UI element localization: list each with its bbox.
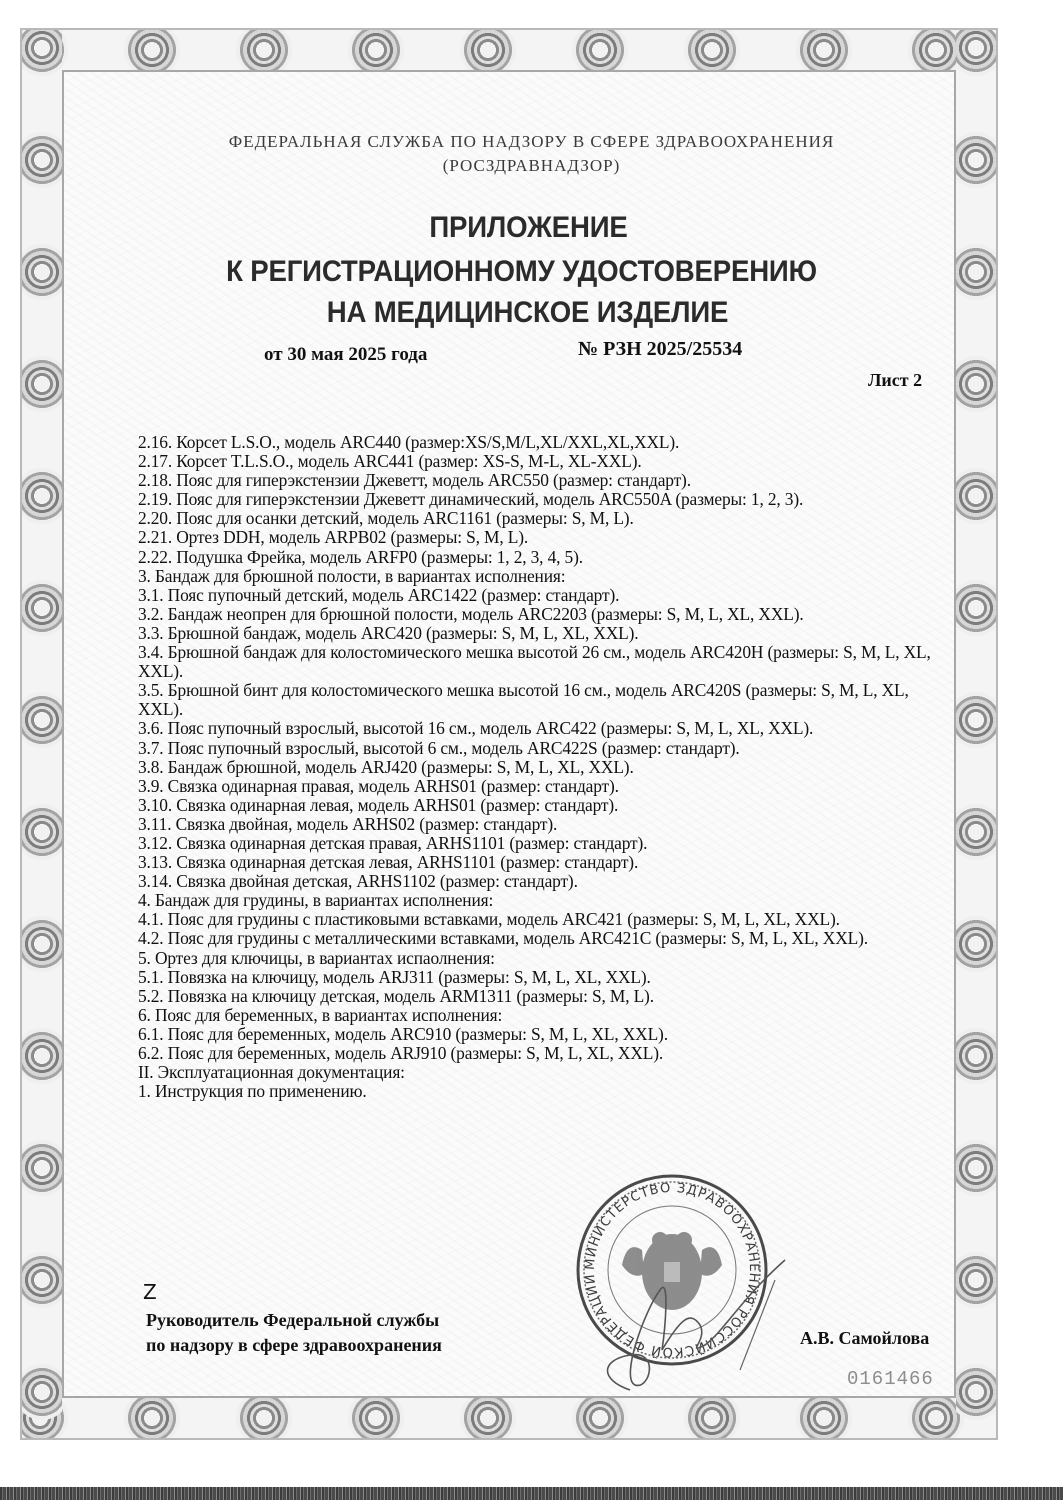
list-item: 4.1. Пояс для грудины с пластиковыми вст…: [138, 910, 948, 929]
ornament-motif-icon: [684, 1398, 740, 1438]
ornament-motif-icon: [22, 1252, 62, 1308]
ornament-motif-icon: [796, 1398, 852, 1438]
ornament-motif-icon: [956, 356, 996, 412]
list-item: II. Эксплуатационная документация:: [138, 1063, 948, 1082]
ornament-border-top: [22, 30, 996, 70]
list-item: 5.1. Повязка на ключицу, модель ARJ311 (…: [138, 968, 948, 987]
ornament-motif-icon: [956, 692, 996, 748]
list-item: 2.16. Корсет L.S.O., модель ARC440 (разм…: [138, 433, 948, 452]
signature: [590, 1250, 790, 1400]
list-item: 5. Ортез для ключицы, в вариантах испаол…: [138, 949, 948, 968]
list-item: 3.8. Бандаж брюшной, модель ARJ420 (разм…: [138, 758, 948, 777]
ornament-motif-icon: [22, 468, 62, 524]
ornament-border-bottom: [22, 1398, 996, 1438]
list-item: 3.2. Бандаж неопрен для брюшной полости,…: [138, 605, 948, 624]
ornament-motif-icon: [124, 1398, 180, 1438]
registration-number: № РЗН 2025/25534: [578, 338, 742, 361]
device-list: 2.16. Корсет L.S.O., модель ARC440 (разм…: [138, 433, 948, 1101]
ornament-motif-icon: [124, 30, 180, 70]
list-item: 3.1. Пояс пупочный детский, модель ARC14…: [138, 586, 948, 605]
ornament-motif-icon: [572, 1398, 628, 1438]
list-item: 3.12. Связка одинарная детская правая, A…: [138, 834, 948, 853]
list-item: 3.9. Связка одинарная правая, модель ARH…: [138, 777, 948, 796]
scan-edge-strip: [0, 1487, 1063, 1500]
ornament-motif-icon: [956, 30, 996, 76]
ornament-motif-icon: [22, 356, 62, 412]
list-item: 4. Бандаж для грудины, в вариантах испол…: [138, 891, 948, 910]
ornament-motif-icon: [572, 30, 628, 70]
list-item: 3.13. Связка одинарная детская левая, AR…: [138, 853, 948, 872]
signer-name: А.В. Самойлова: [800, 1328, 929, 1349]
sheet-number: Лист 2: [868, 370, 922, 391]
ornament-motif-icon: [22, 1364, 62, 1420]
list-item: 2.17. Корсет T.L.S.O., модель ARC441 (ра…: [138, 452, 948, 471]
list-item: 1. Инструкция по применению.: [138, 1082, 948, 1101]
ornament-motif-icon: [956, 804, 996, 860]
ornament-motif-icon: [22, 916, 62, 972]
ornament-motif-icon: [460, 30, 516, 70]
list-item: 2.21. Ортез DDH, модель ARPB02 (размеры:…: [138, 528, 948, 547]
list-item: 3. Бандаж для брюшной полости, в вариант…: [138, 567, 948, 586]
ornament-motif-icon: [956, 1252, 996, 1308]
list-item: 2.20. Пояс для осанки детский, модель AR…: [138, 509, 948, 528]
form-serial-number: 0161466: [847, 1368, 934, 1390]
list-item: 4.2. Пояс для грудины с металлическими в…: [138, 929, 948, 948]
ornament-motif-icon: [796, 30, 852, 70]
ornament-motif-icon: [956, 468, 996, 524]
ornament-motif-icon: [236, 30, 292, 70]
ornament-motif-icon: [22, 30, 62, 76]
agency-abbreviation: (РОСЗДРАВНАДЗОР): [0, 156, 1063, 176]
list-item: 3.5. Брюшной бинт для колостомического м…: [138, 681, 948, 719]
ornament-motif-icon: [22, 1140, 62, 1196]
document-date: от 30 мая 2025 года: [264, 344, 427, 366]
list-item: 3.7. Пояс пупочный взрослый, высотой 6 с…: [138, 739, 948, 758]
ornament-motif-icon: [22, 1028, 62, 1084]
ornament-motif-icon: [236, 1398, 292, 1438]
ornament-motif-icon: [22, 804, 62, 860]
list-item: 5.2. Повязка на ключицу детская, модель …: [138, 987, 948, 1006]
ornament-motif-icon: [956, 1028, 996, 1084]
ornament-motif-icon: [348, 30, 404, 70]
list-item: 6.2. Пояс для беременных, модель ARJ910 …: [138, 1044, 948, 1063]
list-item: 2.18. Пояс для гиперэкстензии Джеветт, м…: [138, 471, 948, 490]
ornament-motif-icon: [22, 580, 62, 636]
document-title-line-3: НА МЕДИЦИНСКОЕ ИЗДЕЛИЕ: [39, 296, 1017, 330]
list-item: 3.6. Пояс пупочный взрослый, высотой 16 …: [138, 719, 948, 738]
signer-title: Руководитель Федеральной службы по надзо…: [146, 1308, 442, 1358]
list-item: 2.19. Пояс для гиперэкстензии Джеветт ди…: [138, 490, 948, 509]
ornament-motif-icon: [348, 1398, 404, 1438]
list-item: 3.11. Связка двойная, модель ARHS02 (раз…: [138, 815, 948, 834]
ornament-motif-icon: [956, 1140, 996, 1196]
document-title-line-2: К РЕГИСТРАЦИОННОМУ УДОСТОВЕРЕНИЮ: [33, 255, 1011, 289]
ornament-motif-icon: [684, 30, 740, 70]
list-item: 6.1. Пояс для беременных, модель ARC910 …: [138, 1025, 948, 1044]
agency-name: ФЕДЕРАЛЬНАЯ СЛУЖБА ПО НАДЗОРУ В СФЕРЕ ЗД…: [0, 132, 1063, 152]
list-item: 2.22. Подушка Фрейка, модель ARFP0 (разм…: [138, 548, 948, 567]
signer-title-line-2: по надзору в сфере здравоохранения: [146, 1333, 442, 1358]
signer-title-line-1: Руководитель Федеральной службы: [146, 1308, 442, 1333]
list-item: 3.14. Связка двойная детская, ARHS1102 (…: [138, 872, 948, 891]
ornament-motif-icon: [460, 1398, 516, 1438]
list-item: 6. Пояс для беременных, в вариантах испо…: [138, 1006, 948, 1025]
list-item: 3.3. Брюшной бандаж, модель ARC420 (разм…: [138, 624, 948, 643]
ornament-motif-icon: [956, 580, 996, 636]
end-of-list-mark: Z: [143, 1280, 157, 1304]
ornament-motif-icon: [22, 692, 62, 748]
ornament-motif-icon: [956, 916, 996, 972]
list-item: 3.4. Брюшной бандаж для колостомического…: [138, 643, 948, 681]
list-item: 3.10. Связка одинарная левая, модель ARH…: [138, 796, 948, 815]
ornament-motif-icon: [956, 1364, 996, 1420]
document-title-line-1: ПРИЛОЖЕНИЕ: [40, 211, 1018, 245]
